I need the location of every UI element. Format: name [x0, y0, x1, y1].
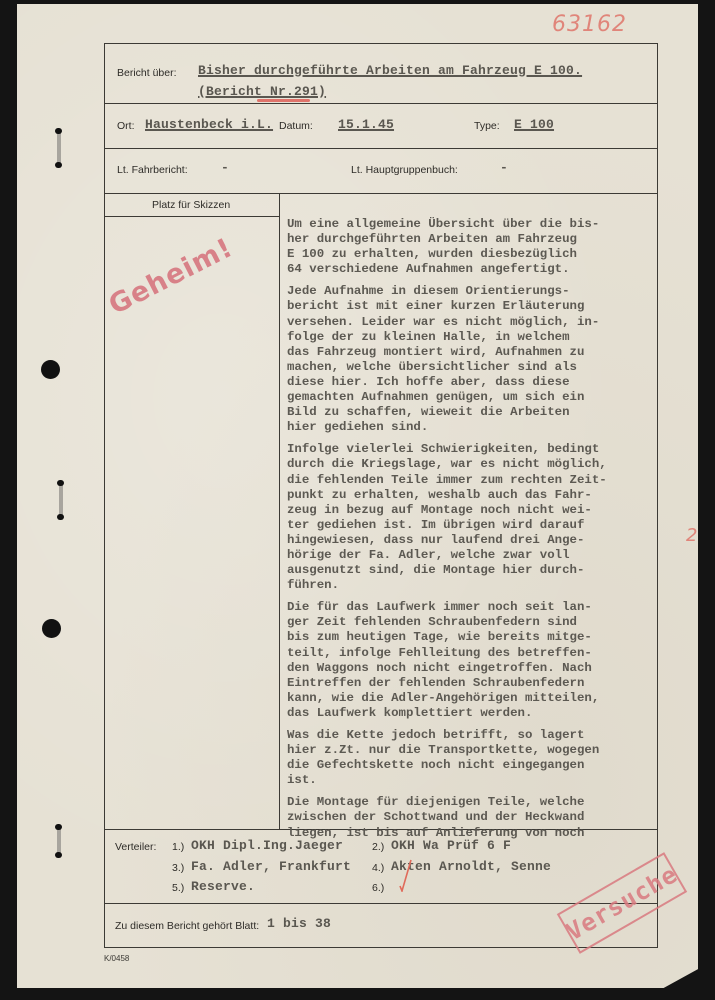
divider: [104, 193, 658, 194]
verteiler-num: 3.): [172, 862, 184, 874]
ort-label: Ort:: [117, 120, 135, 132]
margin-mark: 2: [686, 525, 698, 546]
staple-mark: [59, 482, 63, 518]
paragraph: Was die Kette jedoch betrifft, so lagert…: [287, 728, 657, 788]
hauptgruppenbuch-label: Lt. Hauptgruppenbuch:: [351, 164, 458, 176]
blatt-value: 1 bis 38: [267, 916, 331, 931]
punch-hole: [41, 360, 60, 379]
staple-mark: [57, 130, 61, 166]
fahrbericht-value: -: [221, 160, 229, 175]
fahrbericht-label: Lt. Fahrbericht:: [117, 164, 188, 176]
bericht-ueber-line2: (Bericht Nr.291): [198, 84, 326, 99]
verteiler-num: 1.): [172, 841, 184, 853]
verteiler-num: 5.): [172, 882, 184, 894]
blatt-label: Zu diesem Bericht gehört Blatt:: [115, 920, 259, 932]
paragraph: Jede Aufnahme in diesem Orientierungs- b…: [287, 284, 657, 435]
red-checkmark-icon: [398, 858, 412, 892]
report-body: Um eine allgemeine Übersicht über die bi…: [287, 217, 657, 848]
staple-mark: [57, 826, 61, 856]
red-underline: [257, 99, 310, 102]
sketch-area-header: Platz für Skizzen: [152, 199, 230, 211]
datum-value: 15.1.45: [338, 117, 394, 132]
archive-number: 63162: [552, 12, 627, 37]
divider: [104, 103, 658, 104]
column-divider: [279, 193, 280, 829]
verteiler-entry: Akten Arnoldt, Senne: [391, 859, 551, 874]
datum-label: Datum:: [279, 120, 313, 132]
paragraph: Infolge vielerlei Schwierigkeiten, bedin…: [287, 442, 657, 593]
divider: [104, 148, 658, 149]
verteiler-entry: Fa. Adler, Frankfurt: [191, 859, 351, 874]
bericht-ueber-line1: Bisher durchgeführte Arbeiten am Fahrzeu…: [198, 63, 582, 78]
verteiler-num: 2.): [372, 841, 384, 853]
type-value: E 100: [514, 117, 554, 132]
paragraph: Um eine allgemeine Übersicht über die bi…: [287, 217, 657, 277]
verteiler-entry: OKH Dipl.Ing.Jaeger: [191, 838, 343, 853]
verteiler-entry: OKH Wa Prüf 6 F: [391, 838, 511, 853]
verteiler-num: 4.): [372, 862, 384, 874]
ort-value: Haustenbeck i.L.: [145, 117, 273, 132]
verteiler-label: Verteiler:: [115, 841, 156, 853]
type-label: Type:: [474, 120, 500, 132]
punch-hole: [42, 619, 61, 638]
hauptgruppenbuch-value: -: [500, 160, 508, 175]
divider: [104, 216, 279, 217]
bericht-ueber-label: Bericht über:: [117, 67, 177, 79]
verteiler-num: 6.): [372, 882, 384, 894]
paragraph: Die für das Laufwerk immer noch seit lan…: [287, 600, 657, 721]
verteiler-entry: Reserve.: [191, 879, 255, 894]
paragraph: Die Montage für diejenigen Teile, welche…: [287, 795, 657, 840]
form-code: K/0458: [104, 954, 129, 963]
